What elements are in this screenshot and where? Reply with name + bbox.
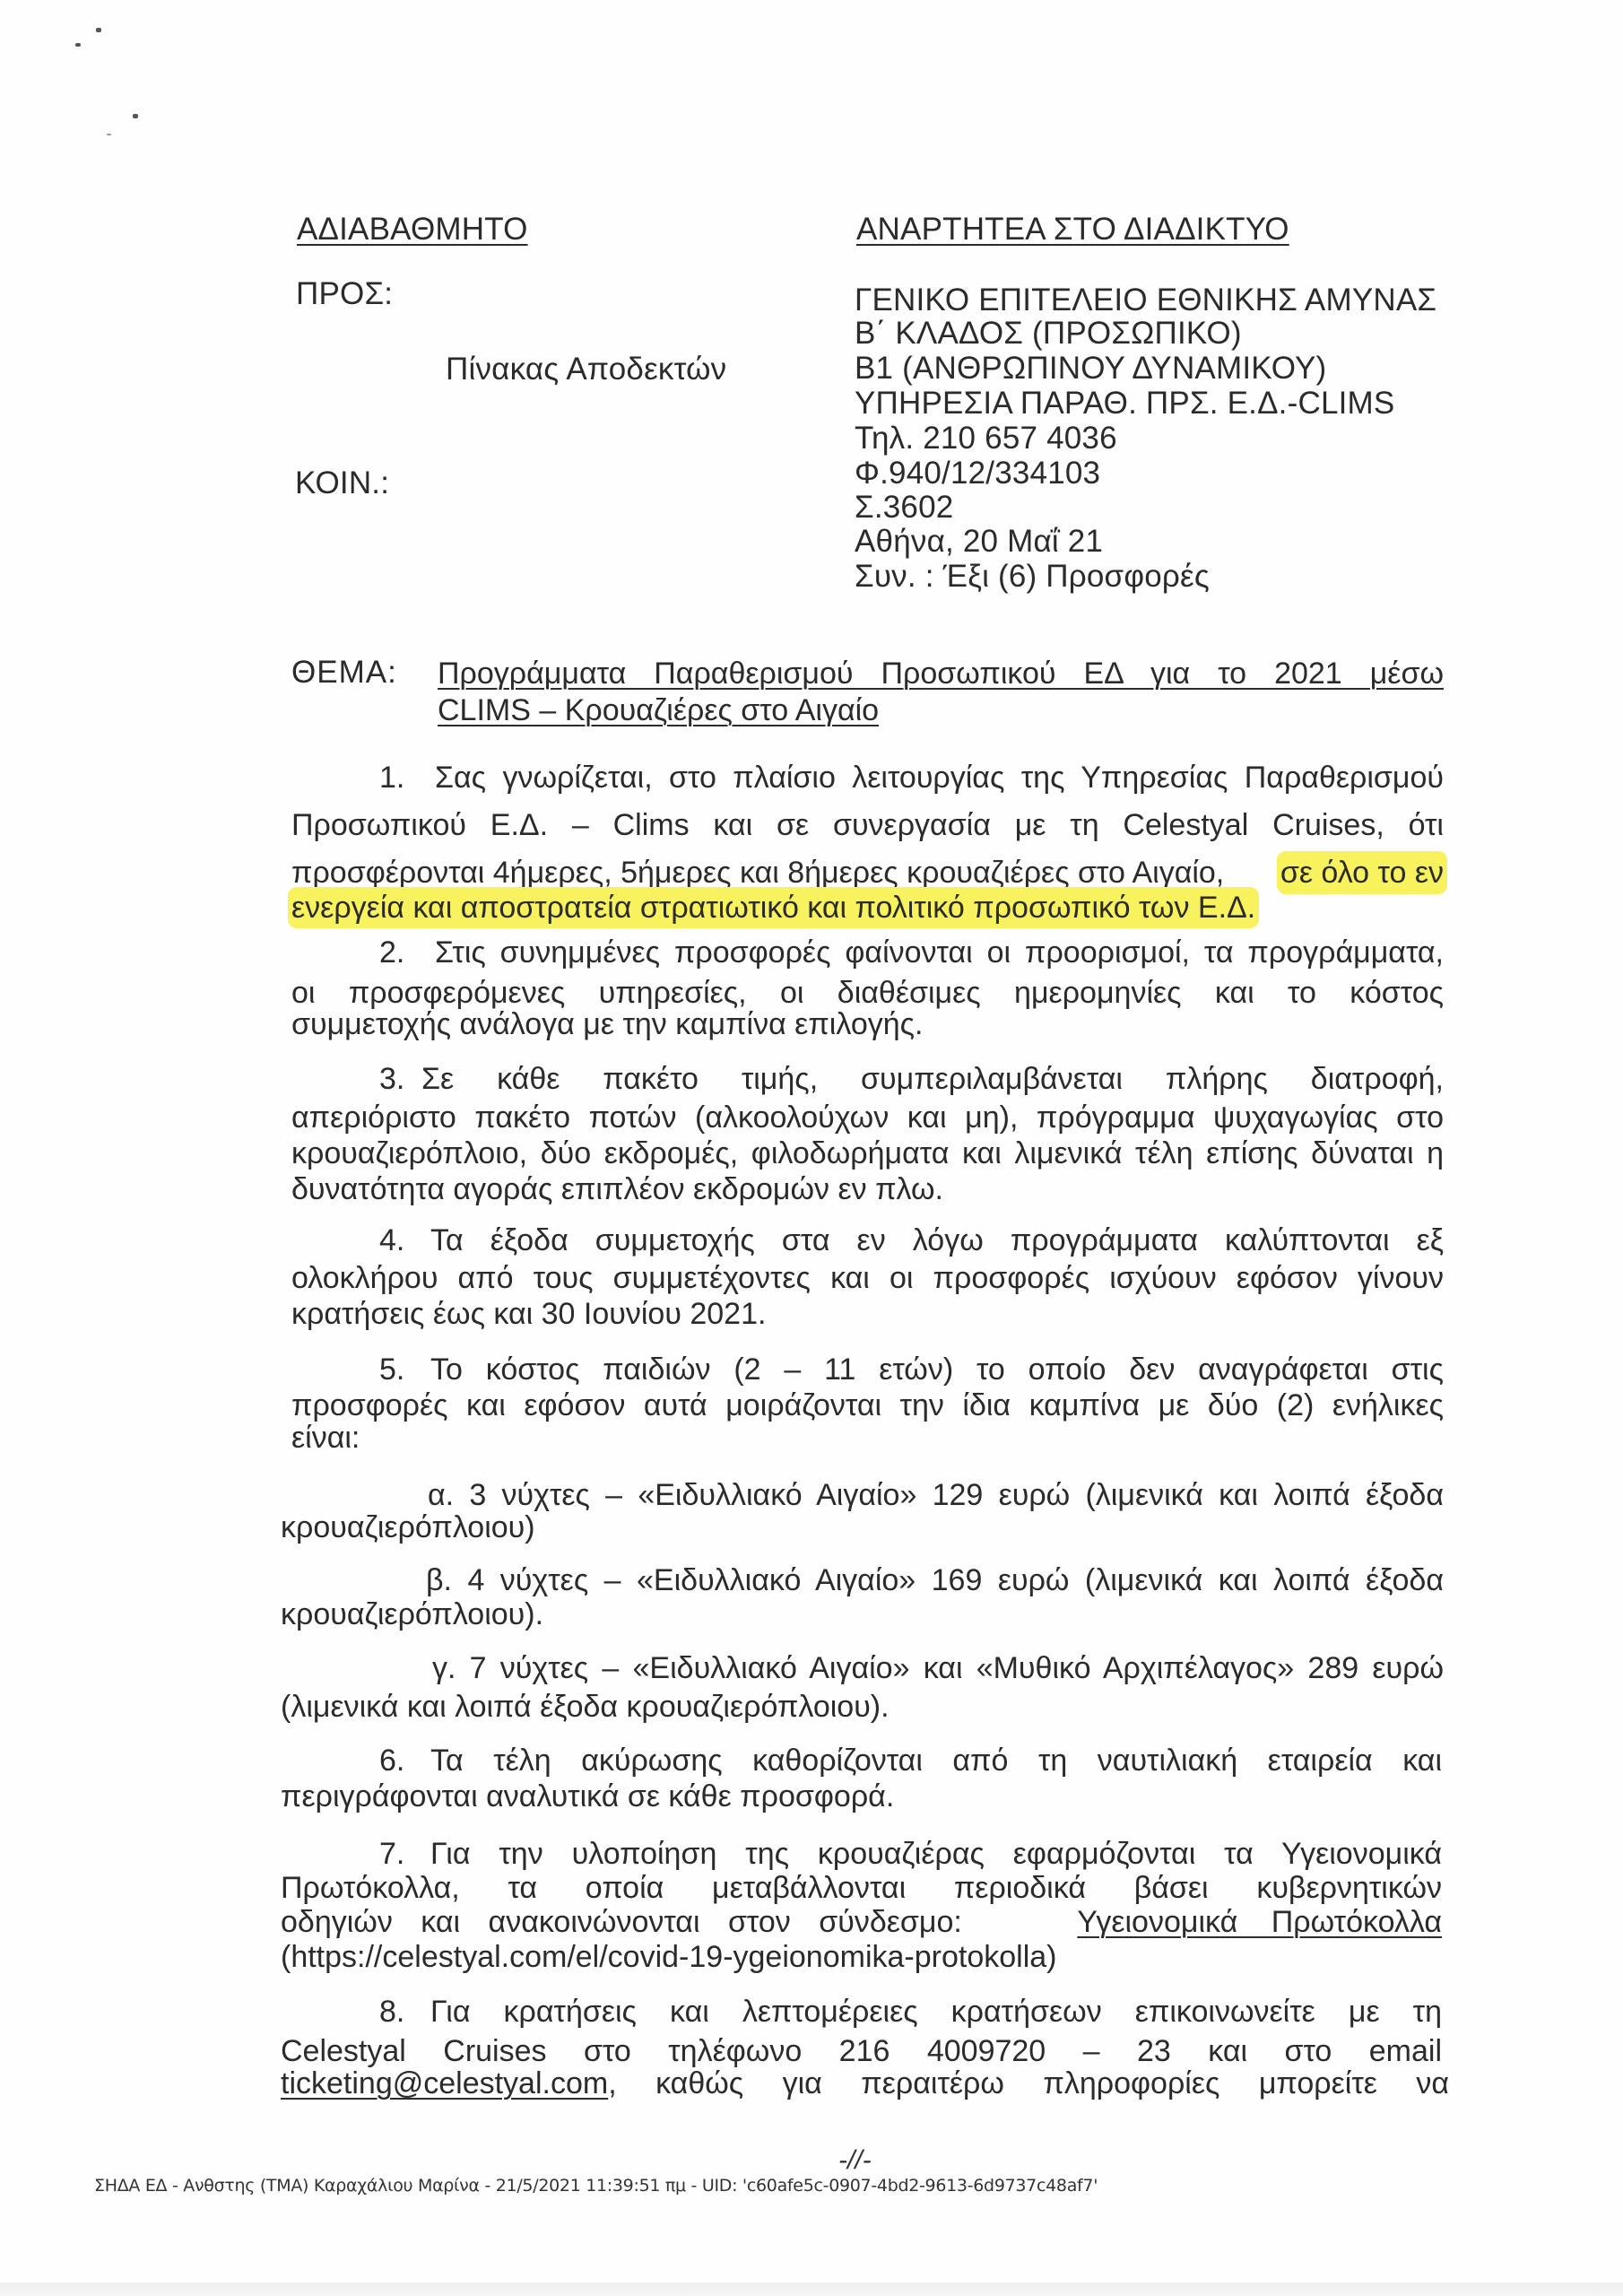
paragraph-number: 1. (379, 760, 404, 796)
paragraph-line: είναι: (291, 1420, 360, 1456)
recipient-list: Πίνακας Αποδεκτών (446, 352, 726, 387)
paragraph-line: οδηγιών και ανακοινώνονται στον σύνδεσμο… (281, 1904, 1442, 1940)
paragraph-line: κρατήσεις έως και 30 Ιουνίου 2021. (291, 1296, 766, 1332)
document-page: ΑΔΙΑΒΑΘΜΗΤΟ ΑΝΑΡΤΗΤΕΑ ΣΤΟ ΔΙΑΔΙΚΤΥΟ ΠΡΟΣ… (0, 0, 1623, 2296)
publication-label: ΑΝΑΡΤΗΤΕΑ ΣΤΟ ΔΙΑΔΙΚΤΥΟ (856, 212, 1289, 248)
paragraph-line: οι προσφερόμενες υπηρεσίες, οι διαθέσιμε… (291, 975, 1444, 1011)
paragraph-line: κρουαζιερόπλοιο, δύο εκδρομές, φιλοδωρήμ… (291, 1135, 1444, 1171)
paragraph-line: Σε κάθε πακέτο τιμής, συμπεριλαμβάνεται … (421, 1061, 1444, 1097)
paragraph-line: συμμετοχής ανάλογα με την καμπίνα επιλογ… (291, 1006, 924, 1042)
paragraph-line: ενεργεία και αποστρατεία στρατιωτικό και… (291, 890, 1255, 926)
paragraph-line: Για κρατήσεις και λεπτομέρειες κρατήσεων… (430, 1994, 1442, 2030)
paragraph-number: 5. (379, 1352, 404, 1387)
paragraph-text: οδηγιών και ανακοινώνονται στον σύνδεσμο… (281, 1905, 962, 1939)
price-item: β. 4 νύχτες – «Ειδυλλιακό Αιγαίο» 169 ευ… (426, 1562, 1444, 1598)
paragraph-line: Το κόστος παιδιών (2 – 11 ετών) το οποίο… (430, 1352, 1444, 1387)
price-item: γ. 7 νύχτες – «Ειδυλλιακό Αιγαίο» και «Μ… (432, 1650, 1444, 1686)
price-item-cont: κρουαζιερόπλοιου). (281, 1596, 543, 1632)
highlighted-text: ενεργεία και αποστρατεία στρατιωτικό και… (291, 891, 1255, 925)
paragraph-line: Celestyal Cruises στο τηλέφωνο 216 40097… (281, 2033, 1442, 2069)
paragraph-line: Πρωτόκολλα, τα οποία μεταβάλλονται περιο… (281, 1870, 1442, 1906)
price-item: α. 3 νύχτες – «Ειδυλλιακό Αιγαίο» 129 ευ… (428, 1477, 1444, 1513)
paragraph-number: 7. (379, 1836, 404, 1872)
scan-edge (0, 2283, 1623, 2296)
phone-line: Τηλ. 210 657 4036 (855, 421, 1117, 457)
paragraph-line: Στις συνημμένες προσφορές φαίνονται οι π… (435, 935, 1444, 970)
paragraph-line: απεριόριστο πακέτο ποτών (αλκοολούχων κα… (291, 1100, 1444, 1135)
health-protocols-link[interactable]: Υγειονομικά Πρωτόκολλα (1077, 1904, 1442, 1940)
date-line: Αθήνα, 20 Μαΐ 21 (855, 524, 1103, 560)
classification-label: ΑΔΙΑΒΑΘΜΗΤΟ (297, 212, 528, 248)
price-item-cont: (λιμενικά και λοιπά έξοδα κρουαζιερόπλοι… (281, 1689, 890, 1725)
paragraph-line: ticketing@celestyal.com, καθώς για περαι… (281, 2066, 1442, 2101)
page-continuation-mark: -//- (838, 2145, 872, 2176)
cc-label: ΚΟΙΝ.: (295, 465, 389, 501)
paragraph-number: 3. (379, 1061, 404, 1097)
paragraph-line: Τα τέλη ακύρωσης καθορίζονται από τη ναυ… (430, 1743, 1442, 1779)
scan-speck (133, 114, 138, 118)
paragraph-line: δυνατότητα αγοράς επιπλέον εκδρομών εν π… (291, 1171, 943, 1207)
highlighted-text: σε όλο το εν (1280, 855, 1444, 891)
paragraph-line: περιγράφονται αναλυτικά σε κάθε προσφορά… (281, 1779, 894, 1814)
scan-speck (75, 43, 81, 47)
paragraph-line: Σας γνωρίζεται, στο πλαίσιο λειτουργίας … (435, 760, 1444, 796)
ticketing-email-link[interactable]: ticketing@celestyal.com (281, 2066, 608, 2100)
scan-speck (96, 28, 101, 32)
document-footer: ΣΗΔΑ ΕΔ - Ανθστης (ΤΜΑ) Καραχάλιου Μαρίν… (94, 2174, 1098, 2197)
paragraph-line: Προσωπικού Ε.Δ. – Clims και σε συνεργασί… (291, 807, 1444, 843)
paragraph-line: προσφορές και εφόσον αυτά μοιράζονται τη… (291, 1387, 1444, 1423)
sender-line: ΥΠΗΡΕΣΙΑ ΠΑΡΑΘ. ΠΡΣ. Ε.Δ.-CLIMS (855, 386, 1394, 422)
paragraph-number: 6. (379, 1743, 404, 1779)
subject-label: ΘΕΜΑ: (291, 655, 397, 691)
sender-line: ΓΕΝΙΚΟ ΕΠΙΤΕΛΕΙΟ ΕΘΝΙΚΗΣ ΑΜΥΝΑΣ (855, 283, 1436, 318)
subject-line: Προγράμματα Παραθερισμού Προσωπικού ΕΔ γ… (438, 656, 1444, 697)
paragraph-line: προσφέρονται 4ήμερες, 5ήμερες και 8ήμερε… (291, 855, 1444, 891)
paragraph-number: 4. (379, 1222, 404, 1258)
paragraph-line: Τα έξοδα συμμετοχής στα εν λόγω προγράμμ… (430, 1222, 1444, 1258)
subject-line: CLIMS – Κρουαζιέρες στο Αιγαίο (438, 692, 879, 728)
scan-speck (107, 134, 111, 135)
sender-line: Β1 (ΑΝΘΡΩΠΙΝΟΥ ΔΥΝΑΜΙΚΟΥ) (855, 351, 1326, 387)
paragraph-text: , καθώς για περαιτέρω πληροφορίες μπορεί… (608, 2066, 1449, 2100)
paragraph-number: 2. (379, 935, 404, 970)
sender-line: Β΄ ΚΛΑΔΟΣ (ΠΡΟΣΩΠΙΚΟ) (855, 316, 1242, 352)
paragraph-line: Για την υλοποίηση της κρουαζιέρας εφαρμό… (430, 1836, 1442, 1872)
protocols-url: (https://celestyal.com/el/covid-19-ygeio… (281, 1939, 1056, 1975)
attachments-line: Συν. : Έξι (6) Προσφορές (855, 559, 1210, 595)
paragraph-text: προσφέρονται 4ήμερες, 5ήμερες και 8ήμερε… (291, 856, 1224, 890)
file-number: Φ.940/12/334103 (855, 456, 1100, 491)
paragraph-line: ολοκλήρου από τους συμμετέχοντες και οι … (291, 1260, 1444, 1296)
reference-number: Σ.3602 (855, 490, 953, 526)
price-item-cont: κρουαζιερόπλοιου) (281, 1509, 535, 1545)
to-label: ΠΡΟΣ: (296, 276, 393, 312)
paragraph-number: 8. (379, 1994, 404, 2030)
